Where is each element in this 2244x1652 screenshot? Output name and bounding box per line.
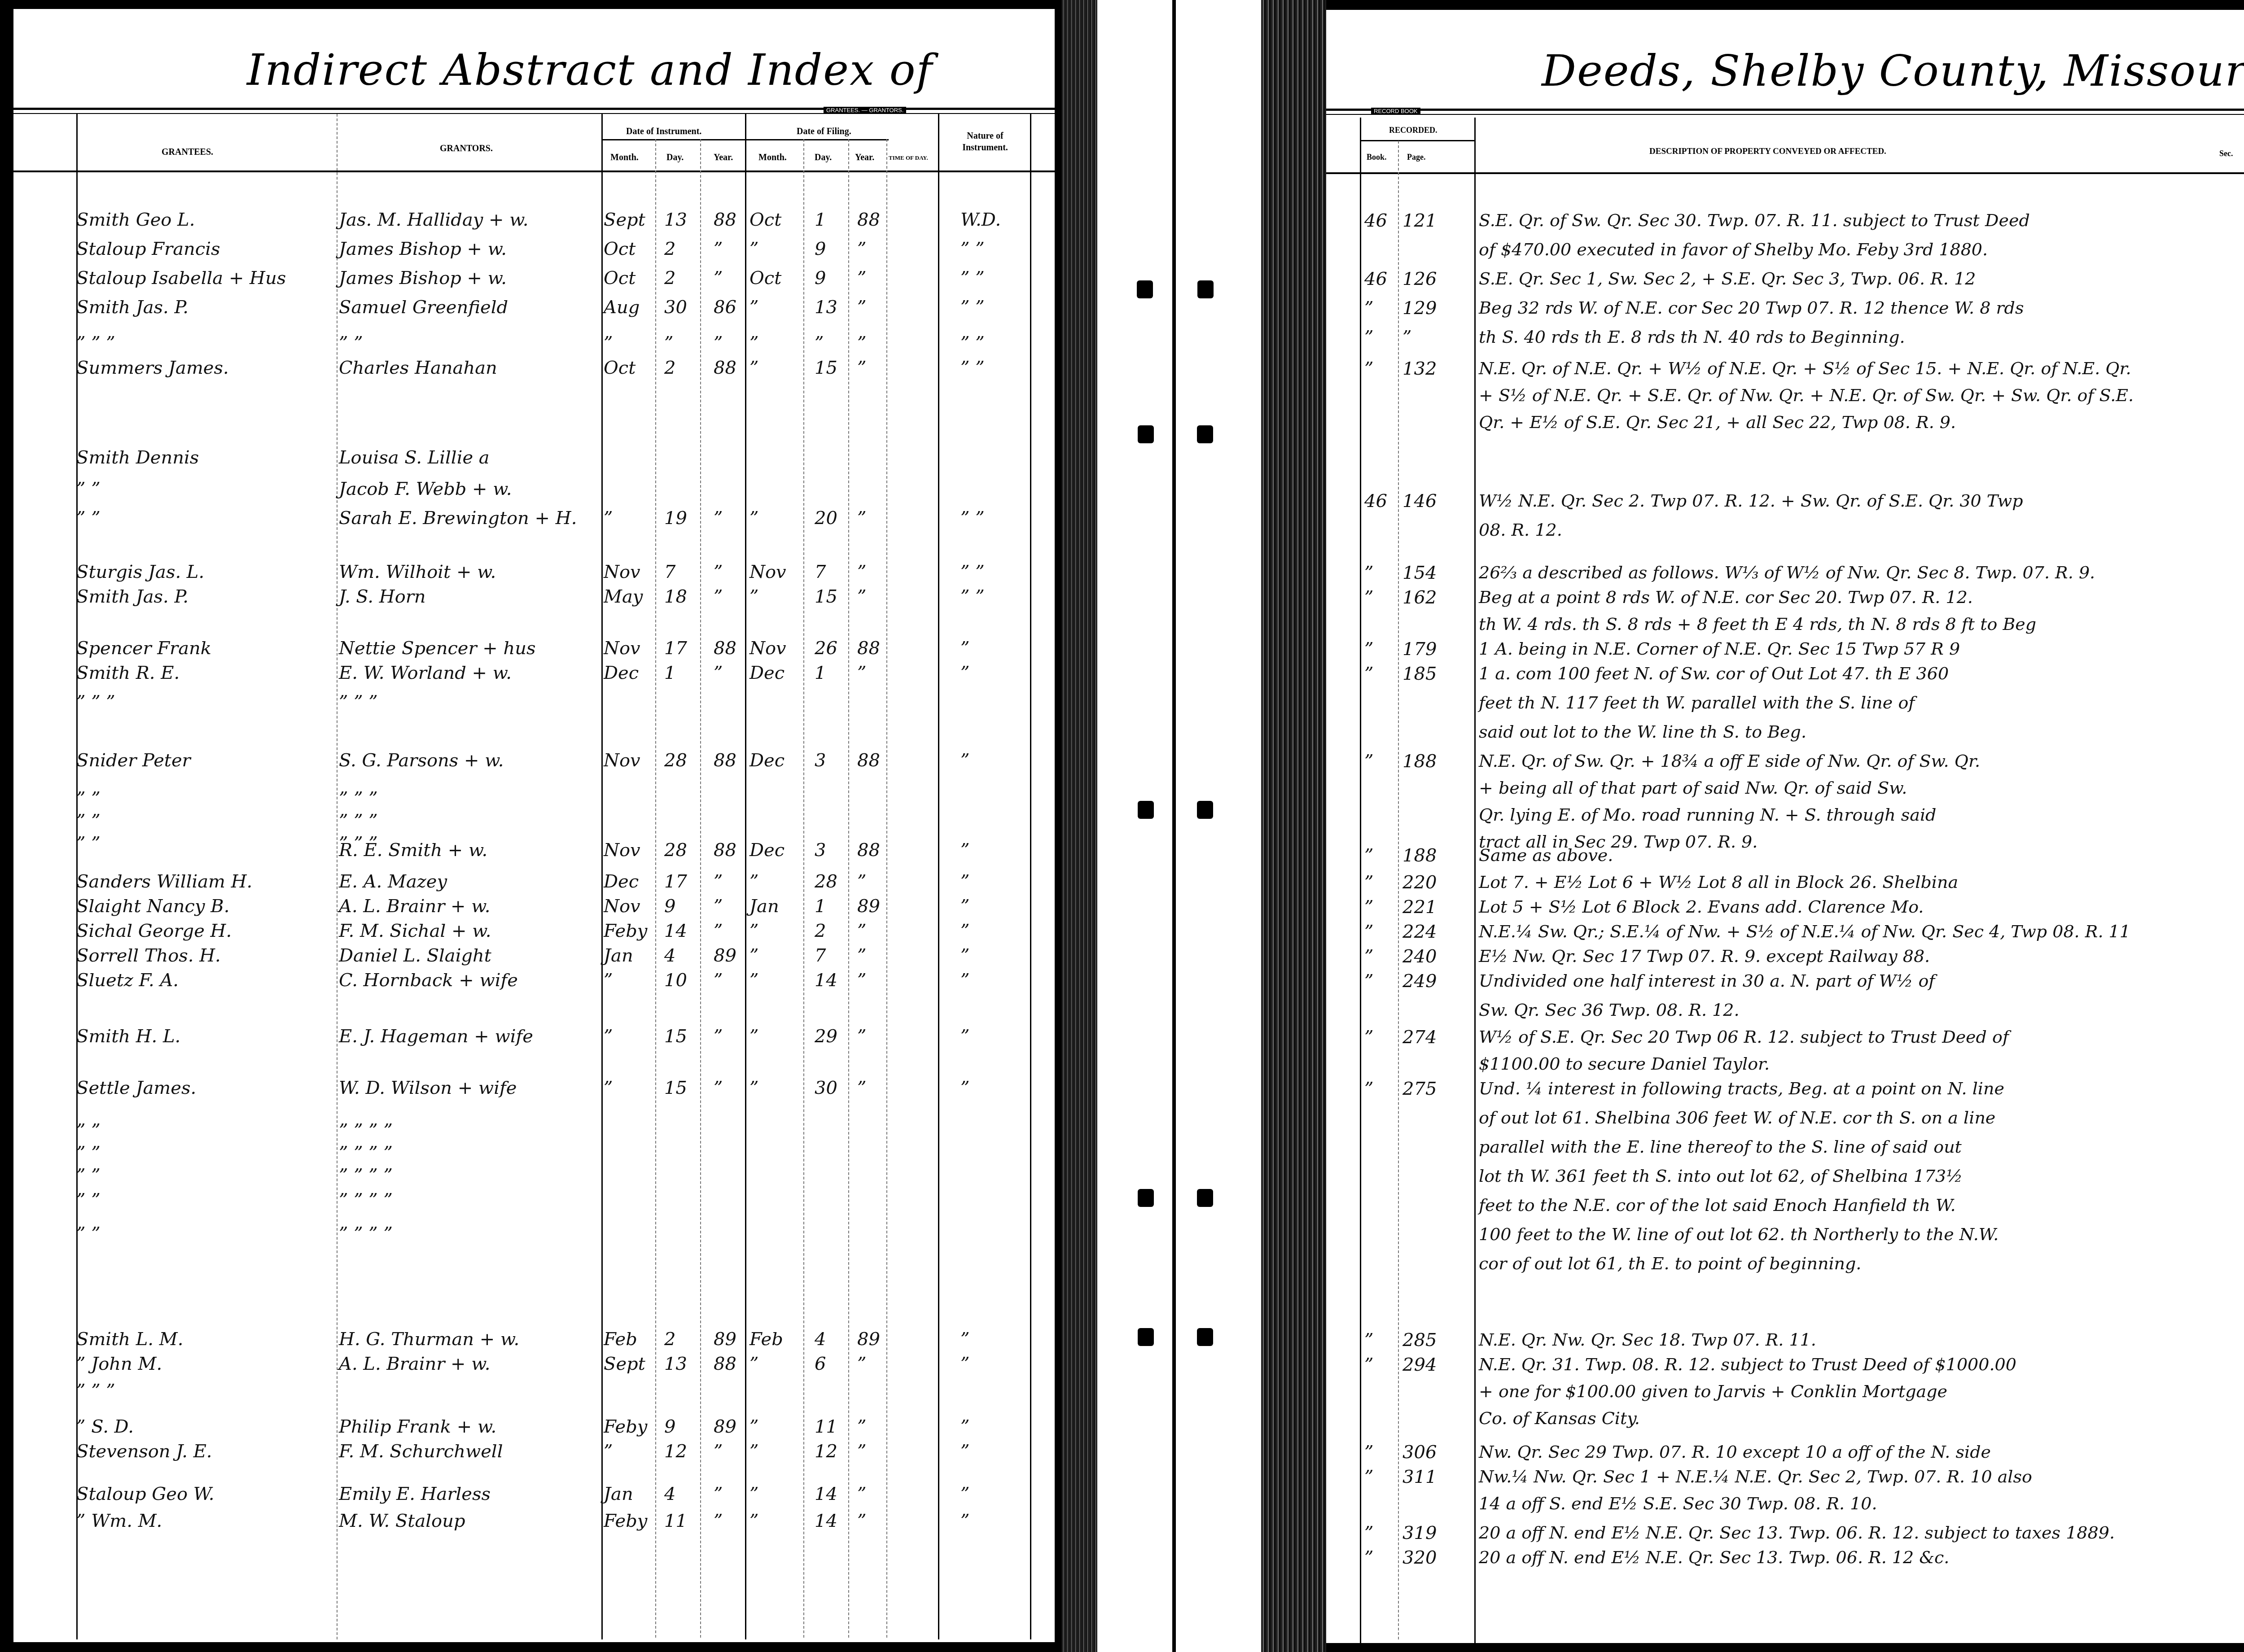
book-number: ”	[1364, 640, 1373, 658]
filing-month: ”	[749, 240, 758, 258]
property-description: 1 a. com 100 feet N. of Sw. cor of Out L…	[1479, 665, 1949, 682]
book-number: ”	[1364, 1468, 1373, 1486]
grantee-name: ” ”	[76, 509, 101, 527]
book-number: ”	[1364, 898, 1373, 916]
instrument-month: Sept	[604, 211, 645, 229]
property-description: N.E. Qr. 31. Twp. 08. R. 12. subject to …	[1479, 1356, 2016, 1373]
grantee-name: Smith Geo L.	[76, 211, 195, 229]
nature-of-instrument: ” ”	[960, 240, 985, 258]
grantor-name: F. M. Schurchwell	[339, 1442, 503, 1460]
book-number: ”	[1364, 1080, 1373, 1098]
instrument-year: ”	[714, 1079, 723, 1097]
binding-hole-icon	[1197, 1189, 1213, 1207]
grantee-name: Sichal George H.	[76, 922, 232, 940]
instrument-year: 88	[714, 752, 736, 769]
header-book: Book.	[1367, 153, 1387, 162]
property-description: + one for $100.00 given to Jarvis + Conk…	[1479, 1383, 1947, 1400]
filing-day: 13	[815, 298, 837, 316]
instrument-month: Feb	[604, 1330, 637, 1348]
nature-of-instrument: ”	[960, 1418, 969, 1436]
nature-of-instrument: ”	[960, 897, 969, 915]
property-description: 20 a off N. end E½ N.E. Qr. Sec 13. Twp.…	[1479, 1549, 1949, 1566]
instrument-year: ”	[714, 922, 723, 940]
filing-day: 7	[815, 563, 826, 581]
property-description: 14 a off S. end E½ S.E. Sec 30 Twp. 08. …	[1479, 1495, 1877, 1512]
header-date-of-instrument: Date of Instrument.	[626, 127, 701, 137]
grantor-name: Louisa S. Lillie a	[339, 449, 490, 467]
property-description: of $470.00 executed in favor of Shelby M…	[1479, 241, 1988, 258]
header-recorded: RECORDED.	[1389, 126, 1438, 135]
instrument-day: 1	[664, 664, 675, 682]
instrument-month: Oct	[604, 269, 636, 287]
page-number: 154	[1402, 564, 1437, 582]
page-number: 132	[1402, 360, 1437, 378]
property-description: W½ of S.E. Qr. Sec 20 Twp 06 R. 12. subj…	[1479, 1028, 2009, 1045]
description-left-rule	[1474, 118, 1476, 1643]
property-description: 08. R. 12.	[1479, 521, 1562, 538]
header-sec: Sec.	[2219, 149, 2233, 158]
instrument-year: ”	[714, 240, 723, 258]
instrument-day: ”	[664, 334, 673, 352]
page-number: ”	[1402, 328, 1411, 346]
instrument-month: May	[604, 588, 643, 606]
instrument-day: 11	[664, 1512, 687, 1530]
filing-day: 30	[815, 1079, 837, 1097]
filing-month: ”	[749, 922, 758, 940]
instrument-day: 2	[664, 359, 675, 377]
instrument-day: 9	[664, 897, 675, 915]
header-grantees: GRANTEES.	[162, 147, 213, 157]
grantee-name: ” ”	[76, 1144, 101, 1162]
grantor-name: ” ” ” ”	[339, 1191, 393, 1209]
instrument-day: 28	[664, 841, 687, 859]
header-time-of-day: TIME OF DAY.	[889, 154, 928, 162]
grantee-name: ” ”	[76, 1225, 101, 1243]
grantor-name: Daniel L. Slaight	[339, 947, 491, 965]
page-number: 185	[1402, 665, 1437, 683]
filing-day: 3	[815, 841, 826, 859]
property-description: + being all of that part of said Nw. Qr.…	[1479, 779, 1907, 796]
filing-day: 14	[815, 1512, 837, 1530]
instrument-year: ”	[714, 1442, 723, 1460]
fil-month-divider	[803, 139, 804, 1638]
filing-year: ”	[857, 563, 866, 581]
grantor-name: Jas. M. Halliday + w.	[339, 211, 529, 229]
grantee-name: Sorrell Thos. H.	[76, 947, 221, 965]
instrument-day: 28	[664, 752, 687, 769]
page-number: 121	[1402, 212, 1437, 230]
grantor-name: Wm. Wilhoit + w.	[339, 563, 496, 581]
property-description: feet to the N.E. cor of the lot said Eno…	[1479, 1197, 1955, 1214]
filing-year: ”	[857, 1418, 866, 1436]
page-number: 319	[1402, 1524, 1437, 1542]
property-description: 26⅔ a described as follows. W⅓ of W½ of …	[1479, 564, 2095, 581]
filing-day: 14	[815, 1485, 837, 1503]
instrument-day: 13	[664, 1355, 687, 1373]
header-fil-day: Day.	[815, 153, 832, 163]
book-number: 46	[1364, 270, 1387, 288]
filing-month: Jan	[749, 897, 779, 915]
nature-of-instrument: ” ”	[960, 269, 985, 287]
page-number: 240	[1402, 948, 1437, 966]
instrument-day: 15	[664, 1079, 687, 1097]
property-description: N.E. Qr. of N.E. Qr. + W½ of N.E. Qr. + …	[1479, 360, 2131, 377]
grantee-name: Settle James.	[76, 1079, 196, 1097]
filing-month: ”	[749, 1418, 758, 1436]
instrument-year: 89	[714, 1418, 736, 1436]
filing-month: ”	[749, 1442, 758, 1460]
instrument-month: Jan	[604, 1485, 633, 1503]
page-number: 249	[1402, 972, 1437, 990]
filing-year: ”	[857, 922, 866, 940]
grantee-name: Summers James.	[76, 359, 229, 377]
instrument-month: Nov	[604, 841, 640, 859]
instrument-year: 86	[714, 298, 736, 316]
grantor-name: J. S. Horn	[339, 588, 426, 606]
book-number: ”	[1364, 1028, 1373, 1046]
header-rule-bottom	[13, 170, 1055, 172]
grantor-name: ” ” ”	[339, 812, 378, 830]
filing-day: 29	[815, 1027, 837, 1045]
page-number: 162	[1402, 589, 1437, 607]
instrument-month: Oct	[604, 240, 636, 258]
book-number: ”	[1364, 665, 1373, 683]
binding-hole-icon	[1138, 801, 1154, 819]
property-description: th S. 40 rds th E. 8 rds th N. 40 rds to…	[1479, 328, 1905, 345]
instrument-month: Feby	[604, 1512, 647, 1530]
header-page: Page.	[1407, 153, 1425, 162]
grantee-name: ” Wm. M.	[76, 1512, 162, 1530]
instrument-day: 4	[664, 1485, 675, 1503]
instrument-day: 14	[664, 922, 687, 940]
instrument-month: ”	[604, 334, 613, 352]
filing-day: 9	[815, 269, 826, 287]
filing-day: 1	[815, 211, 826, 229]
nature-of-instrument: ” ”	[960, 563, 985, 581]
grantee-name: Sturgis Jas. L.	[76, 563, 204, 581]
book-number: ”	[1364, 1524, 1373, 1542]
instrument-year: ”	[714, 971, 723, 989]
filing-day: ”	[815, 334, 824, 352]
grantee-name: Sluetz F. A.	[76, 971, 179, 989]
instrument-year: ”	[714, 563, 723, 581]
binding-hole-icon	[1138, 1328, 1154, 1346]
filing-month: Oct	[749, 211, 781, 229]
filing-year: ”	[857, 359, 866, 377]
binding-hole-icon	[1197, 801, 1213, 819]
filing-year: ”	[857, 664, 866, 682]
grantee-name: ” ” ”	[76, 693, 115, 711]
property-description: S.E. Qr. Sec 1, Sw. Sec 2, + S.E. Qr. Se…	[1479, 270, 1976, 287]
nature-of-instrument: ” ”	[960, 509, 985, 527]
property-description: 1 A. being in N.E. Corner of N.E. Qr. Se…	[1479, 640, 1960, 657]
instrument-year: 88	[714, 1355, 736, 1373]
page-number: 320	[1402, 1549, 1437, 1567]
grantee-name: ” S. D.	[76, 1418, 134, 1436]
nature-left-rule	[938, 114, 939, 1639]
instrument-year: ”	[714, 1485, 723, 1503]
property-description: E½ Nw. Qr. Sec 17 Twp 07. R. 9. except R…	[1479, 948, 1930, 965]
binding-hole-icon	[1138, 425, 1154, 443]
header-description: DESCRIPTION OF PROPERTY CONVEYED OR AFFE…	[1649, 147, 1886, 157]
page-number: 285	[1402, 1331, 1437, 1349]
property-description: lot th W. 361 feet th S. into out lot 62…	[1479, 1167, 1963, 1184]
grantee-name: Smith L. M.	[76, 1330, 183, 1348]
filing-year: ”	[857, 947, 866, 965]
grantor-name: Samuel Greenfield	[339, 298, 508, 316]
grantor-name: E. J. Hageman + wife	[339, 1027, 533, 1045]
page-number: 179	[1402, 640, 1437, 658]
instrument-day: 4	[664, 947, 675, 965]
book-number: 46	[1364, 492, 1387, 510]
book-number: ”	[1364, 1356, 1373, 1374]
left-ledger-page: Indirect Abstract and Index of GRANTEES.…	[13, 9, 1055, 1642]
property-description: Qr. + E½ of S.E. Qr. Sec 21, + all Sec 2…	[1479, 414, 1956, 431]
filing-year: ”	[857, 971, 866, 989]
filing-year: ”	[857, 873, 866, 891]
binding-hole-icon	[1138, 1189, 1154, 1207]
nature-of-instrument: ”	[960, 947, 969, 965]
nature-right-rule	[1030, 114, 1031, 1639]
filing-month: ”	[749, 509, 758, 527]
instrument-year: ”	[714, 1027, 723, 1045]
grantor-name: F. M. Sichal + w.	[339, 922, 491, 940]
grantee-name: Staloup Isabella + Hus	[76, 269, 286, 287]
grantor-name: James Bishop + w.	[339, 269, 507, 287]
instrument-month: ”	[604, 509, 613, 527]
instrument-year: 88	[714, 359, 736, 377]
property-description: th W. 4 rds. th S. 8 rds + 8 feet th E 4…	[1479, 616, 2036, 633]
instrument-year: 88	[714, 639, 736, 657]
fil-year-divider	[886, 139, 887, 1638]
instrument-month: Oct	[604, 359, 636, 377]
grantee-name: Snider Peter	[76, 752, 191, 769]
nature-of-instrument: ” ”	[960, 359, 985, 377]
property-description: parallel with the E. line thereof to the…	[1479, 1138, 1962, 1155]
property-description: Nw.¼ Nw. Qr. Sec 1 + N.E.¼ N.E. Qr. Sec …	[1479, 1468, 2032, 1485]
left-printer-imprint: GRANTEES. — GRANTORS.	[824, 107, 906, 114]
book-number: ”	[1364, 948, 1373, 966]
instrument-month: ”	[604, 1442, 613, 1460]
grantor-name: A. L. Brainr + w.	[339, 1355, 491, 1373]
property-description: Co. of Kansas City.	[1479, 1410, 1640, 1427]
filing-month: ”	[749, 1355, 758, 1373]
page-number: 126	[1402, 270, 1437, 288]
nature-of-instrument: ” ”	[960, 588, 985, 606]
instrument-month: Feby	[604, 922, 647, 940]
filing-day: 28	[815, 873, 837, 891]
filing-year: ”	[857, 240, 866, 258]
instrument-day: 17	[664, 873, 687, 891]
instrument-month: Nov	[604, 897, 640, 915]
instrument-month: Nov	[604, 752, 640, 769]
nature-of-instrument: ” ”	[960, 334, 985, 352]
grantor-name: ” ” ” ”	[339, 1225, 393, 1243]
filing-month: ”	[749, 947, 758, 965]
header-rule-top	[1326, 109, 2244, 111]
book-page-divider	[1398, 141, 1399, 1639]
grantee-name: ” John M.	[76, 1355, 162, 1373]
grantor-name: S. G. Parsons + w.	[339, 752, 504, 769]
property-description: 100 feet to the W. line of out lot 62. t…	[1479, 1226, 1999, 1243]
page-number: 146	[1402, 492, 1437, 510]
property-description: N.E. Qr. of Sw. Qr. + 18¾ a off E side o…	[1479, 752, 1980, 769]
book-number: ”	[1364, 360, 1373, 378]
filing-year: ”	[857, 298, 866, 316]
grantee-grantor-divider	[337, 114, 337, 1639]
book-number: ”	[1364, 923, 1373, 941]
binding-center-line	[1172, 0, 1176, 1652]
header-rule-top-thin	[1326, 114, 2244, 115]
grantee-name: Staloup Geo W.	[76, 1485, 215, 1503]
filing-day: 1	[815, 664, 826, 682]
filing-year: ”	[857, 1512, 866, 1530]
grantor-name: R. E. Smith + w.	[339, 841, 487, 859]
instrument-month: Nov	[604, 639, 640, 657]
filing-month: Dec	[749, 841, 785, 859]
nature-of-instrument: ”	[960, 1355, 969, 1373]
grantee-name: ” ”	[76, 835, 101, 852]
instrument-month: ”	[604, 1079, 613, 1097]
instrument-month: Dec	[604, 664, 639, 682]
header-inst-year: Year.	[714, 153, 733, 163]
grantor-name: ” ” ”	[339, 693, 378, 711]
grantee-name: Stevenson J. E.	[76, 1442, 212, 1460]
filing-month: ”	[749, 588, 758, 606]
instrument-year: ”	[714, 334, 723, 352]
page-number: 274	[1402, 1028, 1437, 1046]
filing-year: 89	[857, 1330, 880, 1348]
instrument-day: 7	[664, 563, 675, 581]
filing-year: ”	[857, 1485, 866, 1503]
nature-of-instrument: ”	[960, 752, 969, 769]
filing-year: ”	[857, 588, 866, 606]
instrument-day: 30	[664, 298, 687, 316]
grantee-name: ” ”	[76, 790, 101, 808]
page-number: 220	[1402, 874, 1437, 892]
instrument-month: ”	[604, 1027, 613, 1045]
page-number: 129	[1402, 299, 1437, 317]
grantor-name: ” ” ” ”	[339, 1144, 393, 1162]
grantee-name: Smith Jas. P.	[76, 588, 188, 606]
property-description: Same as above.	[1479, 847, 1613, 864]
filing-year: ”	[857, 334, 866, 352]
binding-hole-icon	[1197, 1328, 1213, 1346]
book-number: ”	[1364, 1549, 1373, 1567]
instrument-year: ”	[714, 1512, 723, 1530]
instrument-day: 15	[664, 1027, 687, 1045]
filing-month: ”	[749, 298, 758, 316]
property-description: feet th N. 117 feet th W. parallel with …	[1479, 694, 1915, 711]
header-date-of-filing: Date of Filing.	[797, 127, 851, 137]
book-number: 46	[1364, 212, 1387, 230]
filing-month: Dec	[749, 664, 785, 682]
instrument-year: ”	[714, 897, 723, 915]
header-nature-of-instrument: Nature of Instrument.	[949, 130, 1021, 153]
page-number: 294	[1402, 1356, 1437, 1374]
binding-strip-left	[1097, 0, 1180, 1652]
page-number: 188	[1402, 752, 1437, 770]
instrument-day: 10	[664, 971, 687, 989]
property-description: W½ N.E. Qr. Sec 2. Twp 07. R. 12. + Sw. …	[1479, 492, 2023, 509]
left-page-title: Indirect Abstract and Index of	[247, 45, 933, 95]
filing-day: 11	[815, 1418, 837, 1436]
grantor-name: James Bishop + w.	[339, 240, 507, 258]
nature-of-instrument: ”	[960, 971, 969, 989]
grantee-name: ” ” ”	[76, 334, 115, 352]
grantor-name: W. D. Wilson + wife	[339, 1079, 517, 1097]
filing-day: 7	[815, 947, 826, 965]
grantee-name: Smith R. E.	[76, 664, 180, 682]
fil-day-divider	[848, 139, 849, 1638]
binding-hole-icon	[1197, 425, 1213, 443]
book-number: ”	[1364, 1443, 1373, 1461]
book-number: ”	[1364, 847, 1373, 865]
nature-of-instrument: ”	[960, 1442, 969, 1460]
nature-of-instrument: W.D.	[960, 211, 1001, 229]
nature-of-instrument: ”	[960, 1079, 969, 1097]
filing-day: 15	[815, 359, 837, 377]
book-number: ”	[1364, 328, 1373, 346]
instrument-year: ”	[714, 664, 723, 682]
binding-strip-right	[1176, 0, 1261, 1652]
book-number: ”	[1364, 299, 1373, 317]
grantee-name: ” ”	[76, 480, 101, 498]
property-description: 20 a off N. end E½ N.E. Qr. Sec 13. Twp.…	[1479, 1524, 2115, 1541]
grantee-name: ” ”	[76, 1167, 101, 1184]
book-number: ”	[1364, 589, 1373, 607]
book-number: ”	[1364, 752, 1373, 770]
grantor-name: ” ”	[339, 334, 363, 352]
grantor-name: E. A. Mazey	[339, 873, 447, 891]
property-description: Beg 32 rds W. of N.E. cor Sec 20 Twp 07.…	[1479, 299, 2024, 316]
grantee-name: ” ”	[76, 812, 101, 830]
grantor-name: ” ” ” ”	[339, 1122, 393, 1140]
filing-day: 12	[815, 1442, 837, 1460]
grantor-name: A. L. Brainr + w.	[339, 897, 491, 915]
book-number: ”	[1364, 1331, 1373, 1349]
book-number: ”	[1364, 874, 1373, 892]
property-description: Sw. Qr. Sec 36 Twp. 08. R. 12.	[1479, 1001, 1740, 1018]
binding-shadow-right	[1261, 0, 1326, 1652]
book-number: ”	[1364, 972, 1373, 990]
grantor-name: Jacob F. Webb + w.	[339, 480, 512, 498]
filing-month: Oct	[749, 269, 781, 287]
page-number: 311	[1402, 1468, 1437, 1486]
instrument-year: 88	[714, 211, 736, 229]
page-number: 221	[1402, 898, 1437, 916]
filing-day: 6	[815, 1355, 826, 1373]
filing-day: 1	[815, 897, 826, 915]
instrument-year: 89	[714, 1330, 736, 1348]
instrument-year: ”	[714, 269, 723, 287]
page-number: 275	[1402, 1080, 1437, 1098]
filing-month: Dec	[749, 752, 785, 769]
filing-month: ”	[749, 1512, 758, 1530]
instrument-day: 2	[664, 269, 675, 287]
filing-day: 9	[815, 240, 826, 258]
filing-month: ”	[749, 971, 758, 989]
property-description: Und. ¼ interest in following tracts, Beg…	[1479, 1080, 2004, 1097]
instrument-day: 17	[664, 639, 687, 657]
filing-year: ”	[857, 1442, 866, 1460]
filing-day: 14	[815, 971, 837, 989]
page-number: 188	[1402, 847, 1437, 865]
filing-month: ”	[749, 359, 758, 377]
right-page-title: Deeds, Shelby County, Missouri.	[1542, 46, 2244, 96]
instrument-year: ”	[714, 588, 723, 606]
property-description: said out lot to the W. line th S. to Beg…	[1479, 723, 1806, 740]
